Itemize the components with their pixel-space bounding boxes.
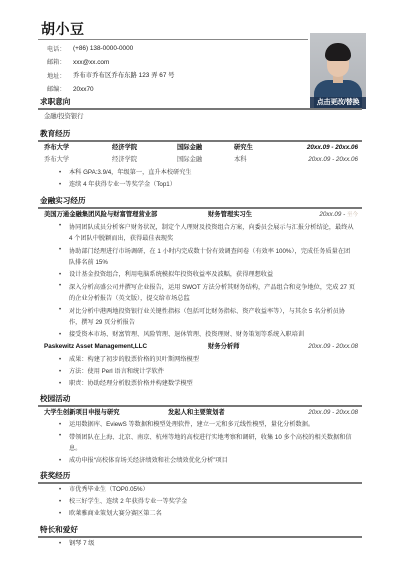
section-title: 校园活动 xyxy=(38,393,362,404)
phone-value: (+86) 138-0000-0000 xyxy=(73,45,133,54)
hobby-bullets: 钢琴 7 级 xyxy=(38,538,362,550)
section-title: 金融实习经历 xyxy=(38,195,362,206)
list-item: 协同团队成员分析客户财务状况，制定个人理财及投资组合方案，向委员会展示与汇报分析… xyxy=(59,221,356,245)
list-item: 职责：协助经理分析股票价格并构建数学模型 xyxy=(59,378,356,390)
college: 经济学院 xyxy=(112,144,177,153)
education-row: 乔布大学 经济学院 国际金融 研究生 20xx.09 - 20xx.06 xyxy=(38,142,362,155)
list-item: 本科 GPA:3.9/4，年级第一，直升本校研究生 xyxy=(59,167,356,179)
list-item: 协助部门经理进行市场调研，在 1 小时内完成数十份有效调查问卷（有效率 100%… xyxy=(59,245,356,269)
contact-phone: 电话： (+86) 138-0000-0000 xyxy=(47,43,175,57)
section-title: 教育经历 xyxy=(38,128,362,139)
contact-email: 邮箱： xxx@xx.com xyxy=(47,57,175,71)
list-item: 校三好学生、连续 2 年获得专业一等奖学金 xyxy=(59,496,356,508)
education-row: 乔布大学 经济学院 国际金融 本科 20xx.09 - 20xx.06 xyxy=(38,154,362,167)
section-hobbies: 特长和爱好 钢琴 7 级 xyxy=(38,524,362,550)
section-campus: 校园活动 大学生创新项目申报与研究 发起人和主要策划者 20xx.09 - 20… xyxy=(38,393,362,467)
candidate-name: 胡小豆 xyxy=(41,20,85,39)
section-title: 获奖经历 xyxy=(38,470,362,481)
date-range: 20xx.09 - 20xx.08 xyxy=(239,343,362,352)
photo-hair xyxy=(325,43,351,61)
list-item: 运用数据库、EviewS 等数据和模型处理软件，建立一元和多元线性模型，量化分析… xyxy=(59,419,356,431)
job-bullets: 成果：构建了初步的股票价格的贝叶斯网络模型 方法：使用 Perl 语言和统计学软… xyxy=(38,354,362,390)
section-education: 教育经历 乔布大学 经济学院 国际金融 研究生 20xx.09 - 20xx.0… xyxy=(38,128,362,191)
major: 国际金融 xyxy=(177,156,234,165)
list-item: 方法：使用 Perl 语言和统计学软件 xyxy=(59,366,356,378)
list-item: 深入分析高盛公司并撰写企业报告，运用 SWOT 方法分析其财务结构，产品组合和竞… xyxy=(59,281,356,305)
college: 经济学院 xyxy=(112,156,177,165)
list-item: 欧莱雅商业策划大赛分赛区第二名 xyxy=(59,508,356,520)
education-bullets: 本科 GPA:3.9/4，年级第一，直升本校研究生 连续 4 年获得专业一等奖学… xyxy=(38,167,362,191)
list-item: 连续 4 年获得专业一等奖学金（Top1） xyxy=(59,179,356,191)
phone-label: 电话： xyxy=(47,46,73,54)
zipcode-label: 邮编： xyxy=(47,86,73,94)
section-title: 特长和爱好 xyxy=(38,524,362,535)
job-organization: Paskewitz Asset Management,LLC xyxy=(44,343,208,352)
activity-role: 发起人和主要策划者 xyxy=(168,409,225,418)
major: 国际金融 xyxy=(177,144,234,153)
name-divider xyxy=(38,39,308,41)
email-label: 邮箱： xyxy=(47,59,73,67)
list-item: 成果：构建了初步的股票价格的贝叶斯网络模型 xyxy=(59,354,356,366)
email-value: xxx@xx.com xyxy=(73,59,109,68)
job-role: 财务分析师 xyxy=(208,343,239,352)
contact-info: 电话： (+86) 138-0000-0000 邮箱： xxx@xx.com 地… xyxy=(47,43,175,97)
section-awards: 获奖经历 市优秀毕业生（TOP0.05%） 校三好学生、连续 2 年获得专业一等… xyxy=(38,470,362,520)
list-item: 市优秀毕业生（TOP0.05%） xyxy=(59,484,356,496)
activity-bullets: 运用数据库、EviewS 等数据和模型处理软件，建立一元和多元线性模型，量化分析… xyxy=(38,419,362,467)
list-item: 带领团队在上海、北京、南京、杭州等地的高校进行实地考察和调研，收集 10 多个高… xyxy=(59,431,356,455)
list-item: 接受资本市场、财富管理、风险管理、退休管理、投资理财、财务策划等系统入职培训 xyxy=(59,329,356,341)
section-internship: 金融实习经历 美国万通金融集团风险与财富管理营业部 财务管理实习生 20xx.0… xyxy=(38,195,362,390)
degree: 本科 xyxy=(234,156,294,165)
list-item: 对比分析中港两地投资银行业关键性指标（包括可比财务指标、资产收益率等），与其余 … xyxy=(59,305,356,329)
zipcode-value: 20xx70 xyxy=(73,86,94,95)
section-divider xyxy=(38,108,362,110)
resume-page: 胡小豆 电话： (+86) 138-0000-0000 邮箱： xxx@xx.c… xyxy=(0,0,400,565)
list-item: 成功申报“高校体育场关经济绩效和社会绩效优化分析”项目 xyxy=(59,455,356,467)
job-role: 财务管理实习生 xyxy=(208,211,252,220)
job-header: Paskewitz Asset Management,LLC 财务分析师 20x… xyxy=(38,341,362,354)
job-organization: 美国万通金融集团风险与财富管理营业部 xyxy=(44,211,208,220)
date-range: 20xx.09 - 20xx.08 xyxy=(225,409,362,418)
activity-name: 大学生创新项目申报与研究 xyxy=(44,409,168,418)
award-bullets: 市优秀毕业生（TOP0.05%） 校三好学生、连续 2 年获得专业一等奖学金 欧… xyxy=(38,484,362,520)
objective-text: 金融/投资银行 xyxy=(38,113,362,122)
school: 乔布大学 xyxy=(44,144,112,153)
contact-zipcode: 邮编： 20xx70 xyxy=(47,84,175,98)
job-header: 美国万通金融集团风险与财富管理营业部 财务管理实习生 20xx.09 - 至今 xyxy=(38,209,362,222)
section-title: 求职意向 xyxy=(38,96,362,107)
section-objective: 求职意向 金融/投资银行 xyxy=(38,96,362,121)
degree: 研究生 xyxy=(234,144,294,153)
contact-address: 地址： 乔布市乔布区乔布东路 123 弄 67 号 xyxy=(47,70,175,84)
list-item: 钢琴 7 级 xyxy=(59,538,356,550)
job-bullets: 协同团队成员分析客户财务状况，制定个人理财及投资组合方案，向委员会展示与汇报分析… xyxy=(38,221,362,341)
date-range: 20xx.09 - 20xx.06 xyxy=(294,144,362,153)
activity-header: 大学生创新项目申报与研究 发起人和主要策划者 20xx.09 - 20xx.08 xyxy=(38,407,362,420)
address-label: 地址： xyxy=(47,73,73,81)
address-value: 乔布市乔布区乔布东路 123 弄 67 号 xyxy=(73,72,175,81)
date-range: 20xx.09 - 20xx.06 xyxy=(294,156,362,165)
list-item: 设计基金投资组合，利用电脑系统模拟年投资收益率及波幅，获得理想收益 xyxy=(59,269,356,281)
date-range: 20xx.09 - 至今 xyxy=(252,211,362,220)
school: 乔布大学 xyxy=(44,156,112,165)
